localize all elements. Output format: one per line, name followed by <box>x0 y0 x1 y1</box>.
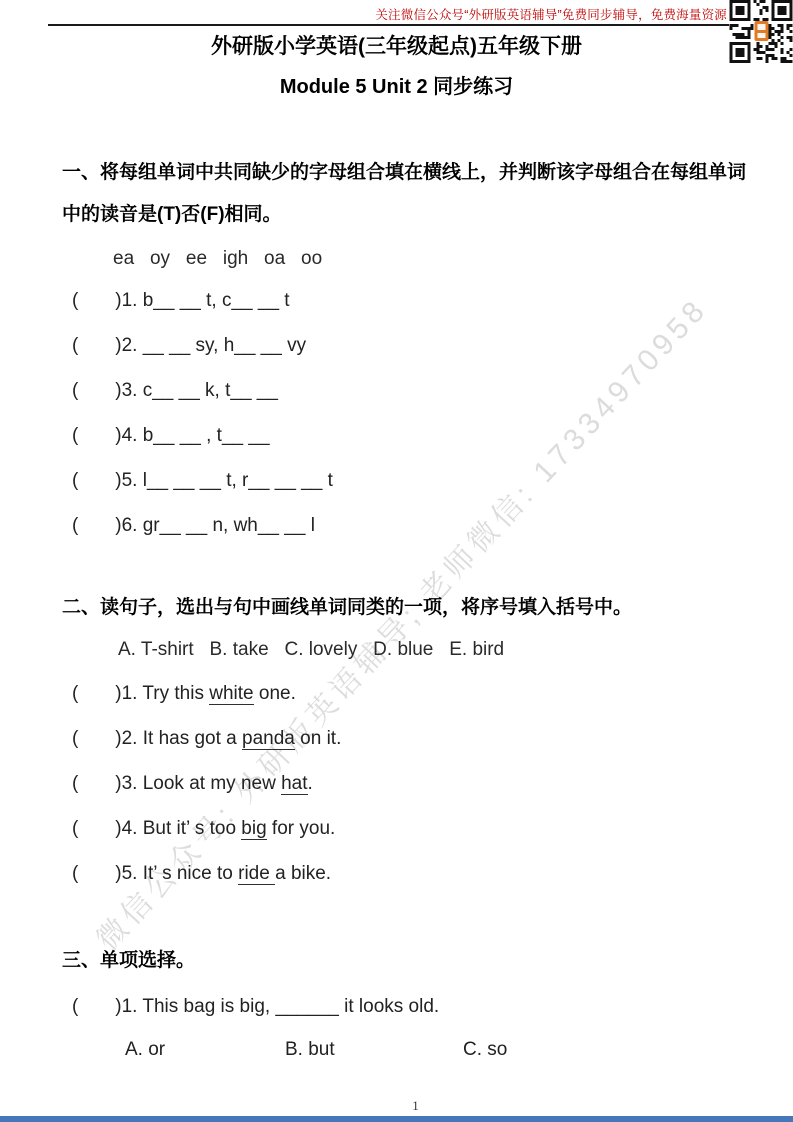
question-line: ( )1. This bag is big, ______ it looks o… <box>0 984 793 1029</box>
question-text: ( )2. It has got a <box>72 728 242 749</box>
doc-subtitle: Module 5 Unit 2 同步练习 <box>0 75 793 100</box>
underlined-word: panda <box>242 728 295 750</box>
page-number: 1 <box>19 1098 793 1114</box>
question-line: ( )4. But it’ s too big for you. <box>0 806 793 851</box>
sections-container: 一、将每组单词中共同缺少的字母组合填在横线上，并判断该字母组合在每组单词中的读音… <box>0 152 793 1064</box>
section-heading: 一、将每组单词中共同缺少的字母组合填在横线上，并判断该字母组合在每组单词 <box>62 152 759 194</box>
header-rule <box>48 24 729 26</box>
question-line: ( )6. gr__ __ n, wh__ __ l <box>0 503 793 548</box>
choice-option: A. or <box>125 1036 285 1064</box>
question-line: ( )5. l__ __ __ t, r__ __ __ t <box>0 458 793 503</box>
question-list: ( )1. This bag is big, ______ it looks o… <box>0 984 793 1029</box>
choice-row: A. orB. butC. so <box>0 1036 793 1064</box>
question-line: ( )1. Try this white one. <box>0 671 793 716</box>
question-list: ( )1. Try this white one.( )2. It has go… <box>0 671 793 896</box>
question-text: ( )1. Try this <box>72 683 209 704</box>
choice-option: B. but <box>285 1036 463 1064</box>
question-line: ( )2. __ __ sy, h__ __ vy <box>0 323 793 368</box>
question-line: ( )4. b__ __ , t__ __ <box>0 413 793 458</box>
question-text: ( )3. Look at my new <box>72 773 281 794</box>
section-2: 二、读句子，选出与句中画线单词同类的一项，将序号填入括号中。A. T-shirt… <box>0 587 793 896</box>
page-content: 关注微信公众号“外研版英语辅导”免费同步辅导，免费海量资源 外研版小学英语(三年… <box>0 0 793 1064</box>
underlined-word: ride <box>238 863 275 885</box>
header-notice: 关注微信公众号“外研版英语辅导”免费同步辅导，免费海量资源 <box>375 5 727 23</box>
choice-option: C. so <box>463 1039 507 1060</box>
underlined-word: hat <box>281 773 307 795</box>
section-heading: 中的读音是(T)否(F)相同。 <box>62 194 759 236</box>
worksheet-page: 微信公众号: 外研版英语辅导; 老师微信: 17334970958 关注微信公众… <box>0 0 793 1122</box>
question-text: . <box>308 773 313 794</box>
question-text: ( )4. But it’ s too <box>72 818 241 839</box>
question-list: ( )1. b__ __ t, c__ __ t( )2. __ __ sy, … <box>0 278 793 548</box>
question-text: ( )5. It’ s nice to <box>72 863 238 884</box>
question-text: on it. <box>295 728 341 749</box>
question-line: ( )3. c__ __ k, t__ __ <box>0 368 793 413</box>
letter-bank: ea oy ee igh oa oo <box>0 248 793 270</box>
section-1: 一、将每组单词中共同缺少的字母组合填在横线上，并判断该字母组合在每组单词中的读音… <box>0 152 793 548</box>
question-line: ( )3. Look at my new hat. <box>0 761 793 806</box>
bottom-bar <box>0 1116 793 1122</box>
question-line: ( )1. b__ __ t, c__ __ t <box>0 278 793 323</box>
section-heading: 二、读句子，选出与句中画线单词同类的一项，将序号填入括号中。 <box>62 587 759 629</box>
question-text: one. <box>254 683 296 704</box>
question-text: a bike. <box>275 863 331 884</box>
underlined-word: big <box>241 818 266 840</box>
option-bank: A. T-shirt B. take C. lovely D. blue E. … <box>0 639 793 661</box>
underlined-word: white <box>209 683 253 705</box>
question-line: ( )2. It has got a panda on it. <box>0 716 793 761</box>
qr-code-icon <box>729 0 793 63</box>
section-3: 三、单项选择。( )1. This bag is big, ______ it … <box>0 940 793 1064</box>
section-heading: 三、单项选择。 <box>62 940 759 982</box>
question-line: ( )5. It’ s nice to ride a bike. <box>0 851 793 896</box>
question-text: for you. <box>267 818 336 839</box>
